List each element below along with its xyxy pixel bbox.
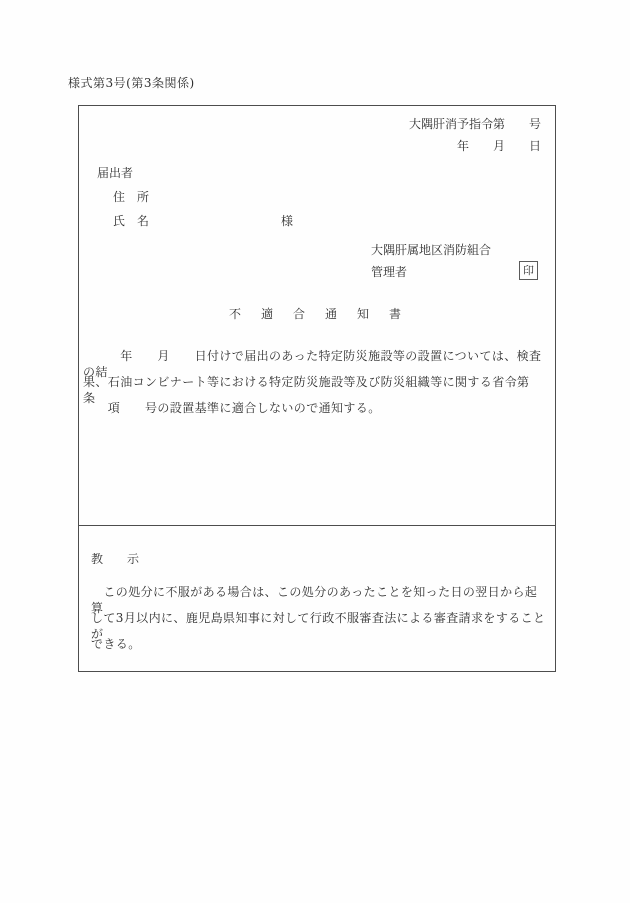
issue-date-line: 年 月 日 [457, 139, 541, 155]
name-label: 氏 名 [113, 214, 149, 228]
instruction-line: して3月以内に、鹿児島県知事に対して行政不服審査法による審査請求をすることが [91, 611, 547, 637]
honorific-label: 様 [281, 214, 293, 230]
reference-number-line: 大隅肝消予指令第 号 [409, 117, 541, 133]
address-label: 住 所 [113, 190, 149, 206]
instruction-line: できる。 [91, 637, 547, 663]
form-number-label: 様式第3号(第3条関係) [68, 76, 195, 92]
notice-body-line: 果、石油コンビナート等における特定防災施設等及び防災組織等に関する省令第 条 [83, 375, 551, 401]
seal-placeholder: 印 [519, 261, 538, 280]
issuer-title: 管理者 [371, 265, 407, 281]
document-title: 不 適 合 通 知 書 [79, 307, 555, 323]
name-row: 氏 名 様 [113, 214, 413, 230]
instruction-line: この処分に不服がある場合は、この処分のあったことを知った日の翌日から起算 [91, 585, 547, 611]
instruction-heading: 教 示 [91, 552, 145, 568]
notice-body-line: 年 月 日付けで届出のあった特定防災施設等の設置については、検査の結 [83, 349, 551, 375]
notifier-label: 届出者 [97, 166, 133, 182]
instruction-body: この処分に不服がある場合は、この処分のあったことを知った日の翌日から起算 して3… [91, 585, 547, 663]
section-divider [79, 525, 555, 526]
notice-body-line: 項 号の設置基準に適合しないので通知する。 [83, 401, 551, 427]
issuer-organization: 大隅肝属地区消防組合 [371, 243, 491, 259]
document-page: 様式第3号(第3条関係) 大隅肝消予指令第 号 年 月 日 届出者 住 所 氏 … [0, 0, 630, 903]
notice-body: 年 月 日付けで届出のあった特定防災施設等の設置については、検査の結 果、石油コ… [83, 349, 551, 427]
document-border-frame: 大隅肝消予指令第 号 年 月 日 届出者 住 所 氏 名 様 大隅肝属地区消防組… [78, 105, 556, 672]
